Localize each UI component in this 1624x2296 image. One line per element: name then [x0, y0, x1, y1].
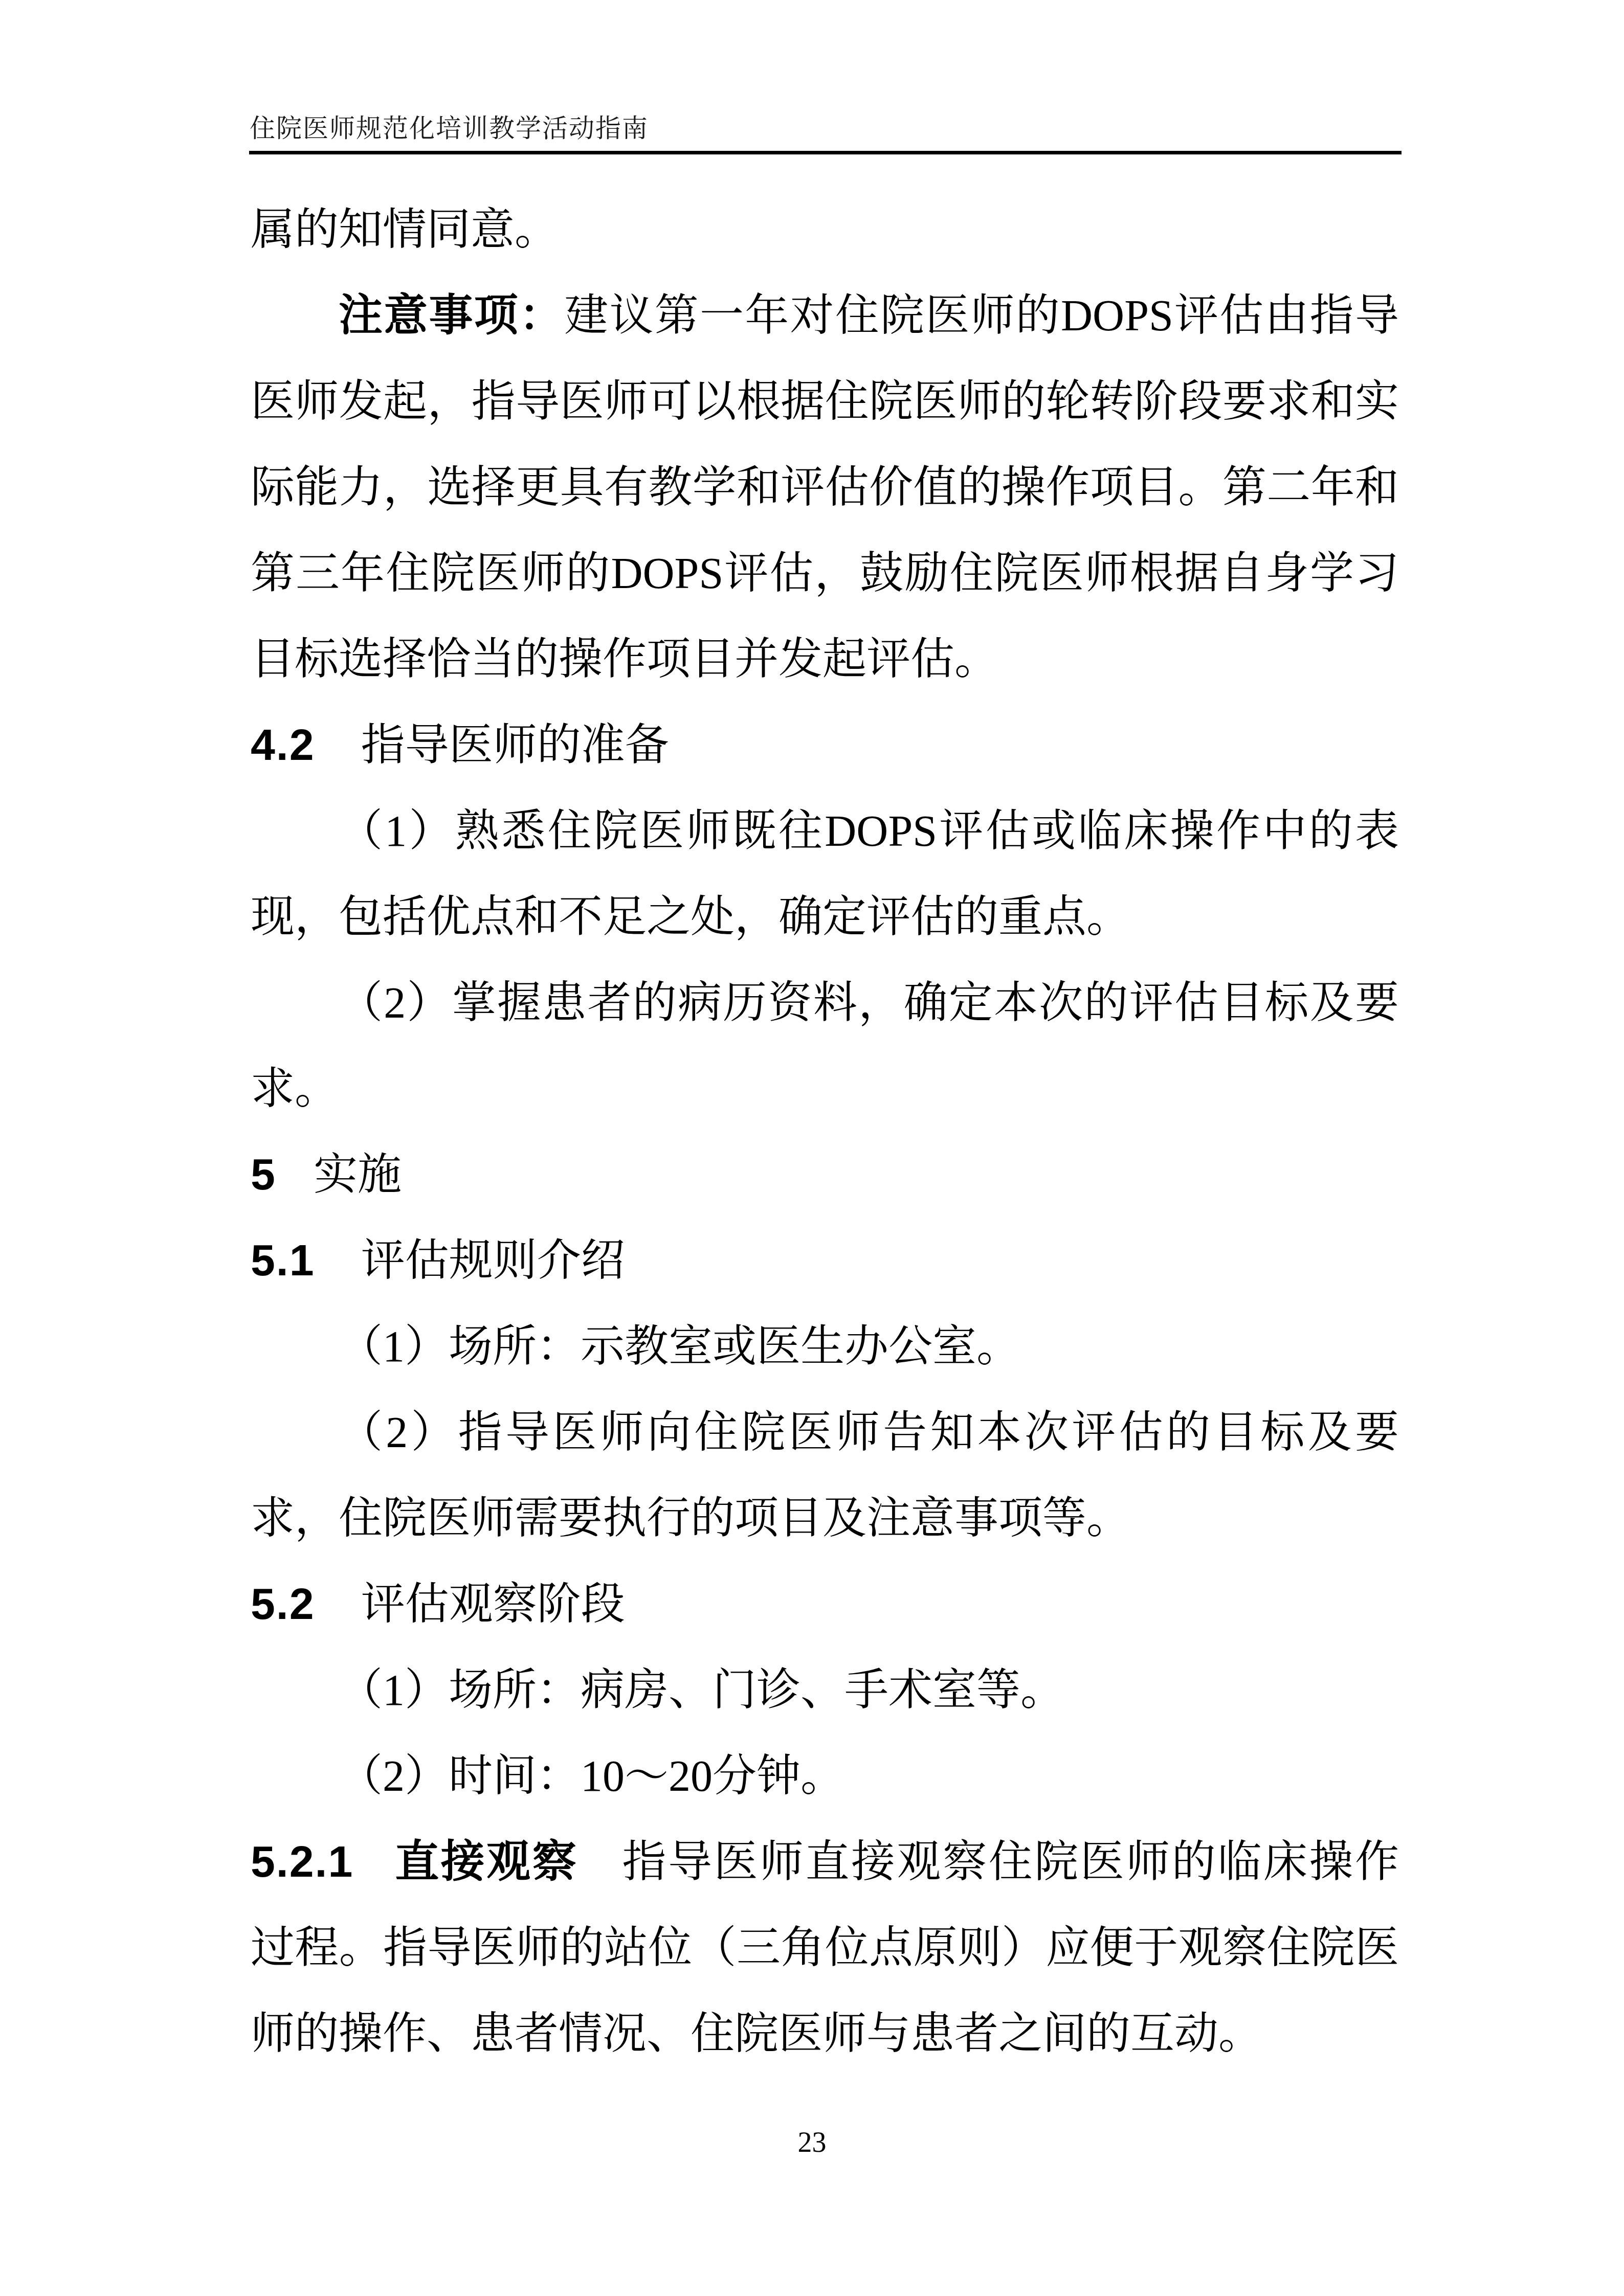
header-rule	[249, 151, 1401, 154]
heading-5-2-title: 评估观察阶段	[361, 1580, 625, 1629]
paragraph-5-2-item-2: （2）时间：10～20分钟。	[251, 1733, 1399, 1819]
heading-5-1: 5.1评估规则介绍	[251, 1218, 1399, 1303]
heading-5-2: 5.2评估观察阶段	[251, 1561, 1399, 1647]
paragraph-4-2-item-2: （2）掌握患者的病历资料，确定本次的评估目标及要求。	[251, 960, 1399, 1132]
paragraph-notes: 注意事项：建议第一年对住院医师的DOPS评估由指导医师发起，指导医师可以根据住院…	[251, 273, 1399, 702]
paragraph-4-2-item-1: （1）熟悉住院医师既往DOPS评估或临床操作中的表现，包括优点和不足之处，确定评…	[251, 788, 1399, 960]
heading-5-number: 5	[251, 1150, 276, 1199]
running-header-title: 住院医师规范化培训教学活动指南	[250, 114, 649, 143]
heading-5-2-1-paragraph: 5.2.1直接观察指导医师直接观察住院医师的临床操作过程。指导医师的站位（三角位…	[251, 1819, 1399, 2077]
page-content: 属的知情同意。 注意事项：建议第一年对住院医师的DOPS评估由指导医师发起，指导…	[251, 187, 1399, 2077]
heading-5-2-number: 5.2	[251, 1580, 315, 1629]
document-page: 住院医师规范化培训教学活动指南 属的知情同意。 注意事项：建议第一年对住院医师的…	[0, 0, 1624, 2296]
heading-4-2-number: 4.2	[251, 721, 315, 770]
heading-5-title: 实施	[314, 1150, 402, 1199]
paragraph-5-1-item-2: （2）指导医师向住院医师告知本次评估的目标及要求，住院医师需要执行的项目及注意事…	[251, 1389, 1399, 1561]
heading-5-1-number: 5.1	[251, 1236, 315, 1285]
heading-4-2: 4.2指导医师的准备	[251, 702, 1399, 788]
heading-5-2-1-number: 5.2.1	[251, 1837, 353, 1886]
heading-5-1-title: 评估规则介绍	[361, 1236, 625, 1285]
paragraph-continuation: 属的知情同意。	[251, 187, 1399, 273]
heading-5-2-1-title: 直接观察	[393, 1837, 579, 1886]
paragraph-5-1-item-1: （1）场所：示教室或医生办公室。	[251, 1303, 1399, 1389]
heading-4-2-title: 指导医师的准备	[361, 721, 669, 770]
notes-body-text: 建议第一年对住院医师的DOPS评估由指导医师发起，指导医师可以根据住院医师的轮转…	[251, 291, 1399, 684]
heading-5: 5实施	[251, 1132, 1399, 1218]
paragraph-5-2-item-1: （1）场所：病房、门诊、手术室等。	[251, 1647, 1399, 1733]
notes-lead-label: 注意事项：	[339, 291, 564, 340]
page-number: 23	[0, 2126, 1624, 2159]
